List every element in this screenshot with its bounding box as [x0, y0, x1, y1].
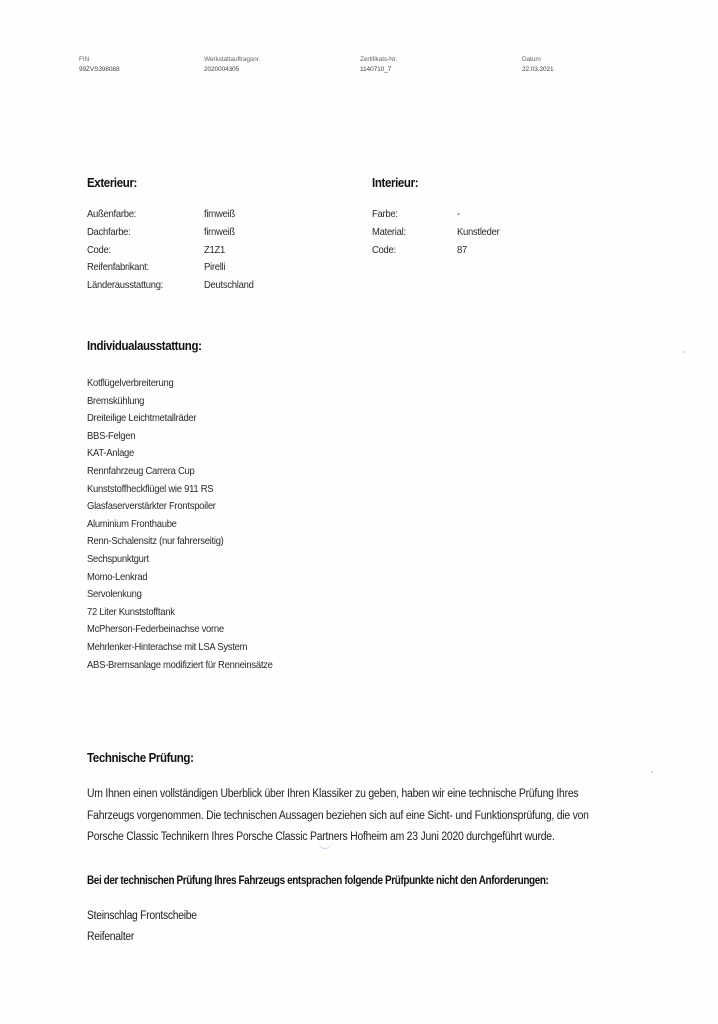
- interieur-label: Material:: [372, 224, 406, 242]
- equipment-item: Servolenkung: [87, 586, 273, 604]
- equipment-item: Kotflügelverbreiterung: [87, 375, 273, 393]
- meta-werkstattauftrag: Werkstattauftragsnr. 2020004305: [204, 55, 260, 75]
- werkstattauftrag-label: Werkstattauftragsnr.: [204, 55, 260, 65]
- exterieur-label: Code:: [87, 242, 111, 260]
- meta-zertifikat: Zertifikats-Nr. 1140710_7: [360, 55, 397, 75]
- equipment-item: 72 Liter Kunststofftank: [87, 604, 273, 622]
- exterieur-label: Länderausstattung:: [87, 277, 163, 295]
- fin-value: 99ZVS398088: [79, 65, 119, 75]
- technische-pruefung-heading: Technische Prüfung:: [87, 751, 194, 765]
- findings-intro: Bei der technischen Prüfung Ihres Fahrze…: [87, 875, 548, 887]
- interieur-value: 87: [457, 242, 467, 260]
- equipment-item: Momo-Lenkrad: [87, 569, 273, 587]
- equipment-item: Glasfaserverstärkter Frontspoiler: [87, 498, 273, 516]
- fin-label: FIN: [79, 55, 119, 65]
- finding-item: Steinschlag Frontscheibe: [87, 906, 197, 927]
- paragraph-line: Porsche Classic Technikern Ihres Porsche…: [87, 827, 612, 849]
- interieur-heading: Interieur:: [372, 176, 418, 190]
- interieur-label: Farbe:: [372, 206, 398, 224]
- equipment-item: KAT-Anlage: [87, 445, 273, 463]
- exterieur-value: firnweiß: [204, 224, 235, 242]
- equipment-item: Renn-Schalensitz (nur fahrerseitig): [87, 533, 273, 551]
- individualausstattung-heading: Individualausstattung:: [87, 339, 202, 353]
- meta-fin: FIN 99ZVS398088: [79, 55, 119, 75]
- technische-pruefung-paragraph: Um Ihnen einen vollständigen Überblick ü…: [87, 784, 667, 849]
- datum-label: Datum: [522, 55, 554, 65]
- equipment-item: Bremskühlung: [87, 393, 273, 411]
- meta-datum: Datum 22.03.2021: [522, 55, 554, 75]
- exterieur-value: Z1Z1: [204, 242, 225, 260]
- equipment-item: Mehrlenker-Hinterachse mit LSA System: [87, 639, 273, 657]
- individualausstattung-list: KotflügelverbreiterungBremskühlungDreite…: [87, 375, 293, 674]
- paragraph-line: Fahrzeugs vorgenommen. Die technischen A…: [87, 806, 612, 828]
- werkstattauftrag-value: 2020004305: [204, 65, 260, 75]
- interieur-value: -: [457, 206, 460, 224]
- equipment-item: Kunststoffheckflügel wie 911 RS: [87, 481, 273, 499]
- interieur-label: Code:: [372, 242, 396, 260]
- equipment-item: Rennfahrzeug Carrera Cup: [87, 463, 273, 481]
- equipment-item: Sechspunktgurt: [87, 551, 273, 569]
- zertifikat-label: Zertifikats-Nr.: [360, 55, 397, 65]
- findings-list: Steinschlag FrontscheibeReifenalter: [87, 906, 209, 948]
- exterieur-label: Außenfarbe:: [87, 206, 136, 224]
- interieur-value: Kunstleder: [457, 224, 499, 242]
- datum-value: 22.03.2021: [522, 65, 554, 75]
- equipment-item: BBS-Felgen: [87, 428, 273, 446]
- exterieur-value: Pirelli: [204, 259, 225, 277]
- zertifikat-value: 1140710_7: [360, 65, 397, 75]
- exterieur-heading: Exterieur:: [87, 176, 137, 190]
- exterieur-value: Deutschland: [204, 277, 254, 295]
- equipment-item: ABS-Bremsanlage modifiziert für Renneins…: [87, 657, 273, 675]
- exterieur-label: Dachfarbe:: [87, 224, 131, 242]
- paragraph-line: Um Ihnen einen vollständigen Überblick ü…: [87, 784, 612, 806]
- scan-speck: [651, 771, 653, 773]
- equipment-item: Aluminium Fronthaube: [87, 516, 273, 534]
- finding-item: Reifenalter: [87, 927, 197, 948]
- exterieur-label: Reifenfabrikant:: [87, 259, 149, 277]
- equipment-item: McPherson-Federbeinachse vorne: [87, 621, 273, 639]
- scan-speck: [683, 351, 685, 353]
- equipment-item: Dreiteilige Leichtmetallräder: [87, 410, 273, 428]
- exterieur-value: firnweiß: [204, 206, 235, 224]
- document-page: FIN 99ZVS398088 Werkstattauftragsnr. 202…: [0, 0, 718, 1024]
